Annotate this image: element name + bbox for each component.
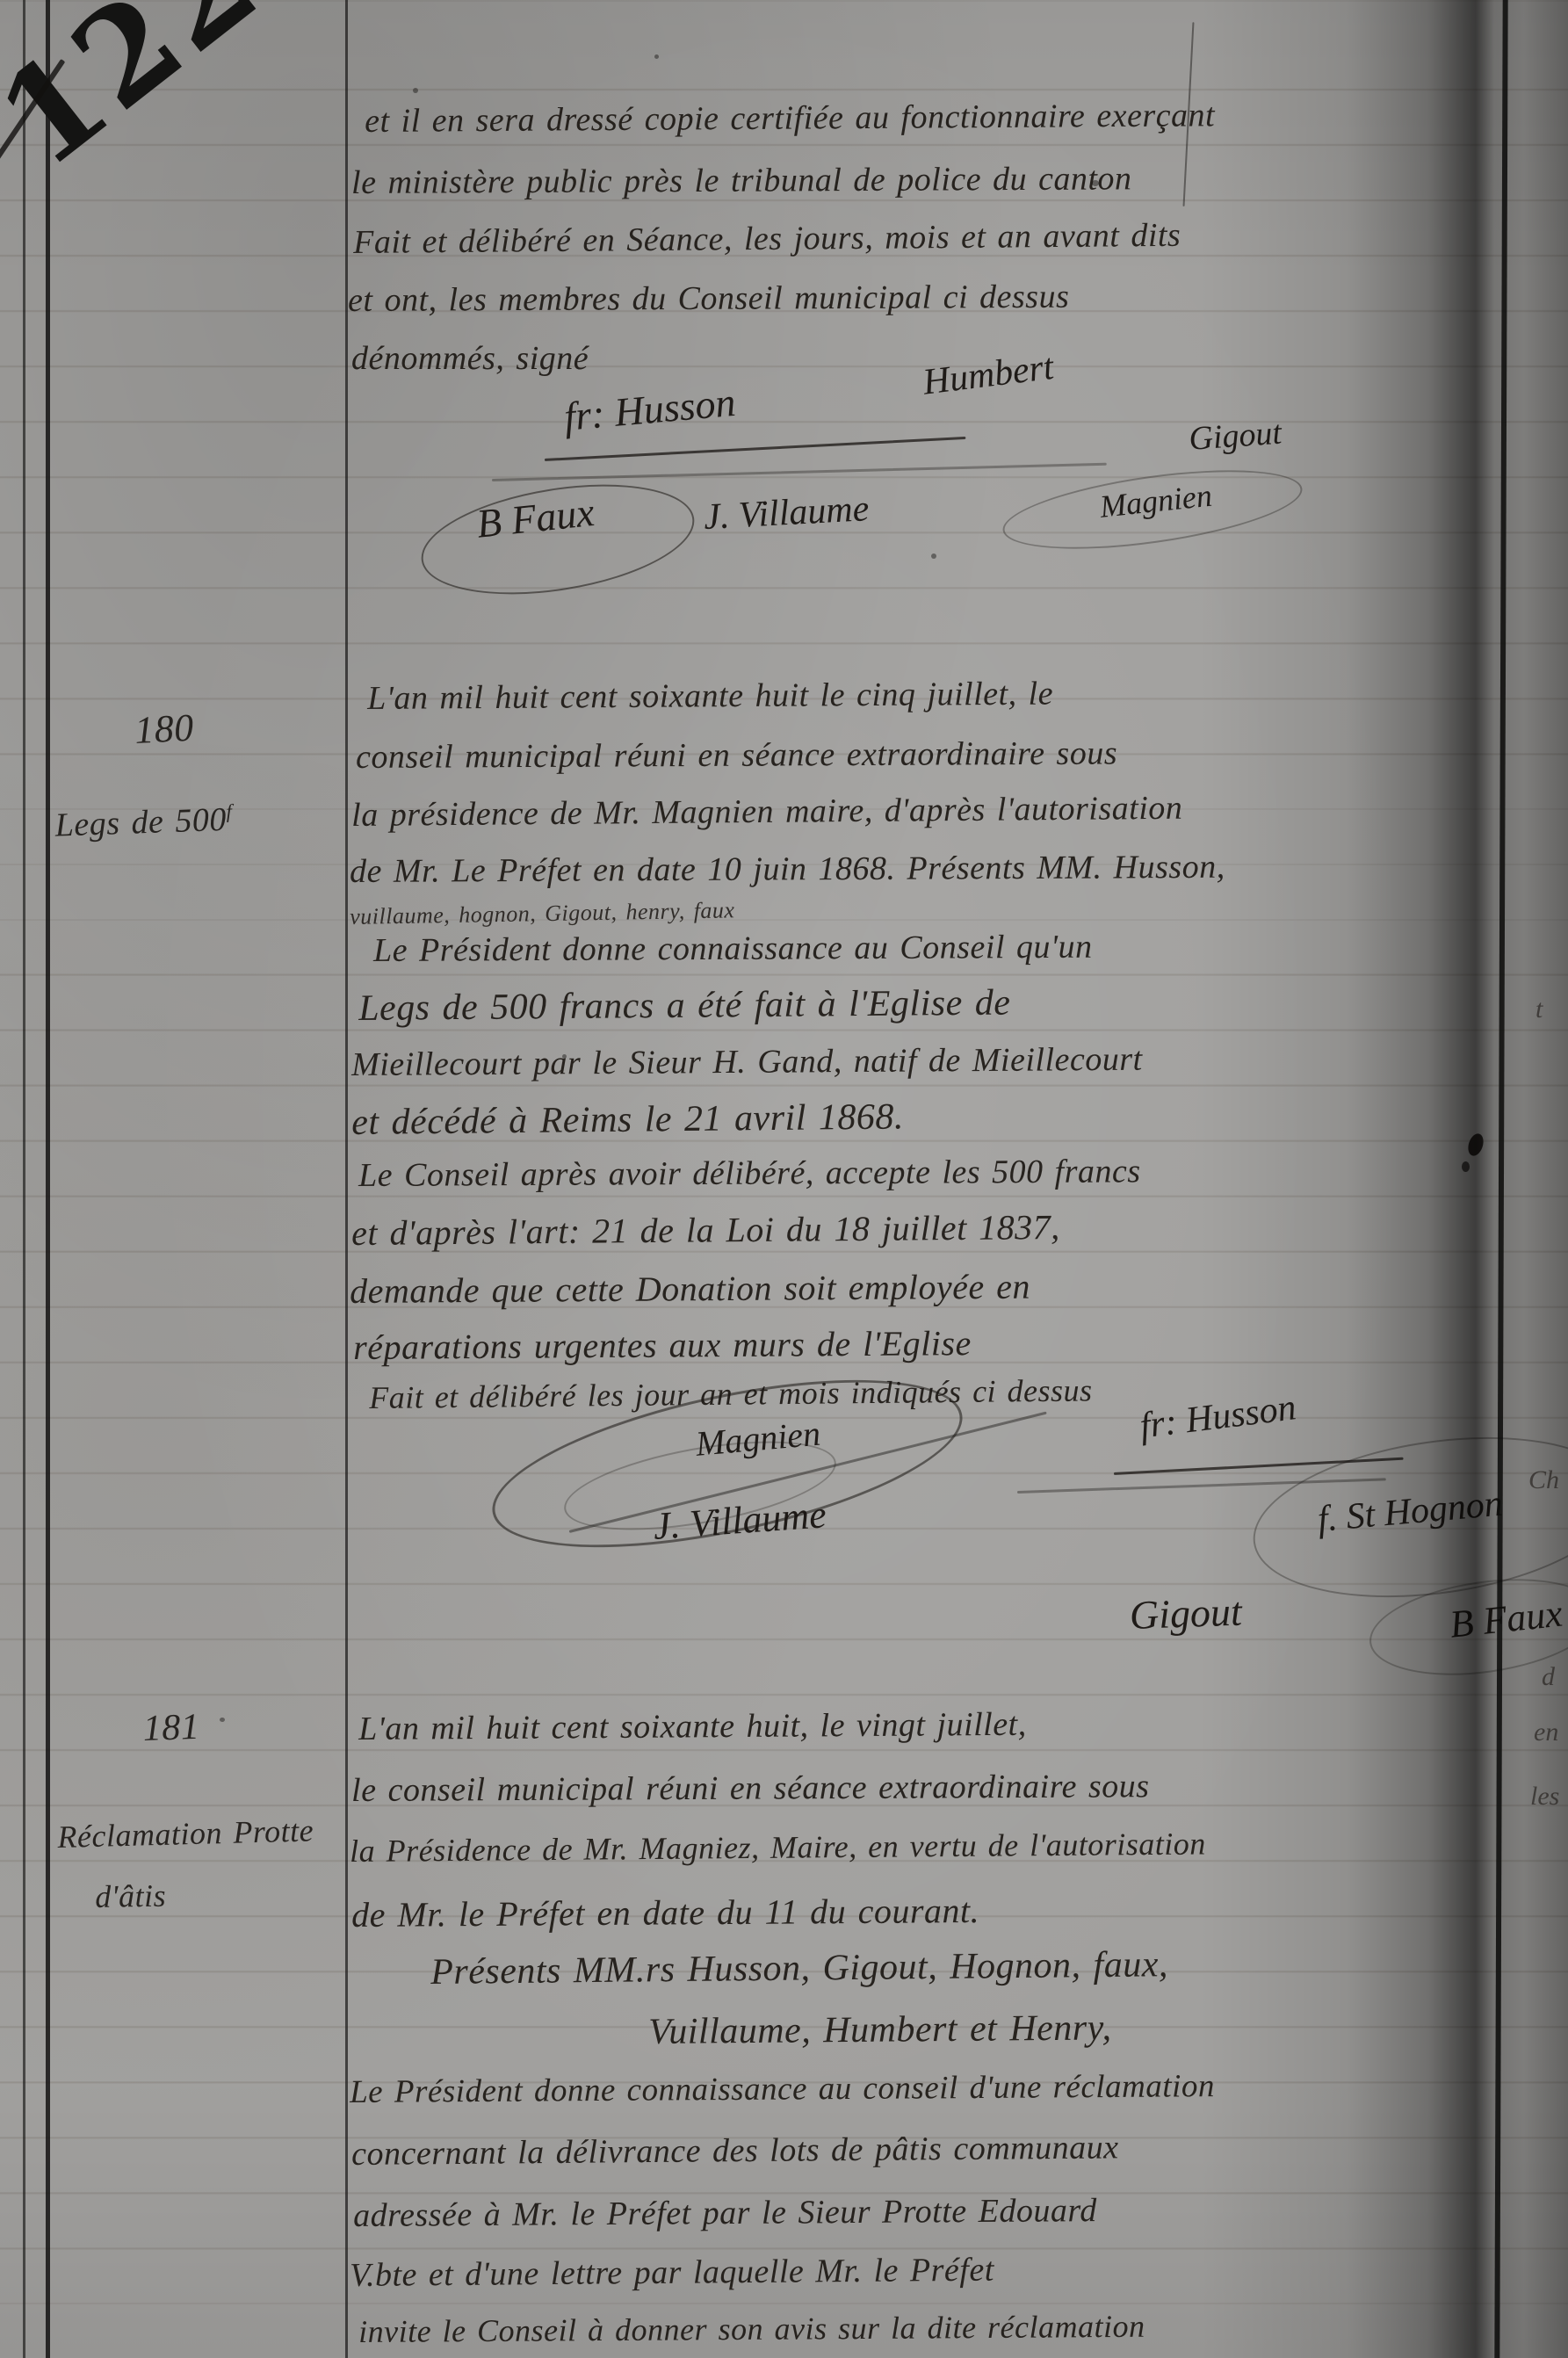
manuscript-line: et ont, les membres du Conseil municipal… — [348, 279, 1069, 320]
left-page-edge-line — [23, 0, 25, 2358]
manuscript-line: réparations urgentes aux murs de l'Eglis… — [353, 1324, 972, 1367]
manuscript-line: de Mr. le Préfet en date du 11 du couran… — [351, 1891, 979, 1935]
manuscript-line: Vuillaume, Humbert et Henry, — [648, 2007, 1112, 2052]
facing-page-fragment: Ch — [1528, 1465, 1559, 1495]
entry-number-180: 180 — [134, 706, 195, 752]
manuscript-line: dénommés, signé — [351, 341, 589, 378]
manuscript-line: demande que cette Donation soit employée… — [350, 1268, 1030, 1311]
facing-page-fragment: en — [1534, 1718, 1558, 1747]
manuscript-line: et il en sera dressé copie certifiée au … — [365, 98, 1215, 141]
manuscript-line: conseil municipal réuni en séance extrao… — [356, 735, 1117, 776]
manuscript-line: invite le Conseil à donner son avis sur … — [358, 2310, 1145, 2350]
manuscript-line: Le Président donne connaissance au conse… — [350, 2069, 1215, 2111]
manuscript-line: et décédé à Reims le 21 avril 1868. — [351, 1096, 904, 1143]
manuscript-line: Présents MM.rs Husson, Gigout, Hognon, f… — [430, 1944, 1168, 1993]
manuscript-line: concernant la délivrance des lots de pât… — [351, 2130, 1119, 2173]
margin-note-reclamation: Réclamation Protte — [57, 1813, 314, 1855]
manuscript-line: la présidence de Mr. Magnien maire, d'ap… — [351, 791, 1182, 835]
manuscript-line: Mieillecourt par le Sieur H. Gand, natif… — [351, 1042, 1143, 1084]
signature-villaume: J. Villaume — [703, 488, 870, 539]
left-binding-line — [46, 0, 50, 2358]
facing-page-fragment: t — [1535, 995, 1543, 1024]
manuscript-line: Legs de 500 francs a été fait à l'Eglise… — [358, 983, 1011, 1030]
entry-number-181: 181 — [142, 1707, 200, 1749]
margin-note-reclamation-2: d'âtis — [95, 1879, 166, 1915]
binding-gutter-shadow — [1199, 0, 1568, 2358]
margin-note-legs: Legs de 500f — [54, 800, 233, 844]
manuscript-line: le ministère public près le tribunal de … — [351, 161, 1132, 201]
facing-page-fragment: d — [1542, 1662, 1555, 1692]
margin-rule-line — [345, 0, 348, 2358]
margin-note-sup: f — [226, 800, 233, 822]
margin-note-text: Legs de 500 — [54, 801, 228, 844]
manuscript-line: et d'après l'art: 21 de la Loi du 18 jui… — [351, 1208, 1060, 1253]
manuscript-line: L'an mil huit cent soixante huit, le vin… — [358, 1707, 1027, 1748]
manuscript-line: Le Conseil après avoir délibéré, accepte… — [358, 1154, 1141, 1194]
manuscript-line: le conseil municipal réuni en séance ext… — [351, 1768, 1150, 1810]
register-page-scan: 122 et il en sera dressé copie certifiée… — [0, 0, 1568, 2358]
manuscript-line: Le Président donne connaissance au Conse… — [373, 929, 1093, 970]
manuscript-line: adressée à Mr. le Préfet par le Sieur Pr… — [353, 2193, 1097, 2235]
manuscript-line: V.bte et d'une lettre par laquelle Mr. l… — [350, 2253, 994, 2295]
facing-page-fragment: les — [1530, 1782, 1559, 1812]
manuscript-line: L'an mil huit cent soixante huit le cinq… — [367, 676, 1053, 718]
manuscript-line: Fait et délibéré en Séance, les jours, m… — [353, 218, 1181, 262]
manuscript-line: de Mr. Le Préfet en date 10 juin 1868. P… — [350, 850, 1225, 891]
